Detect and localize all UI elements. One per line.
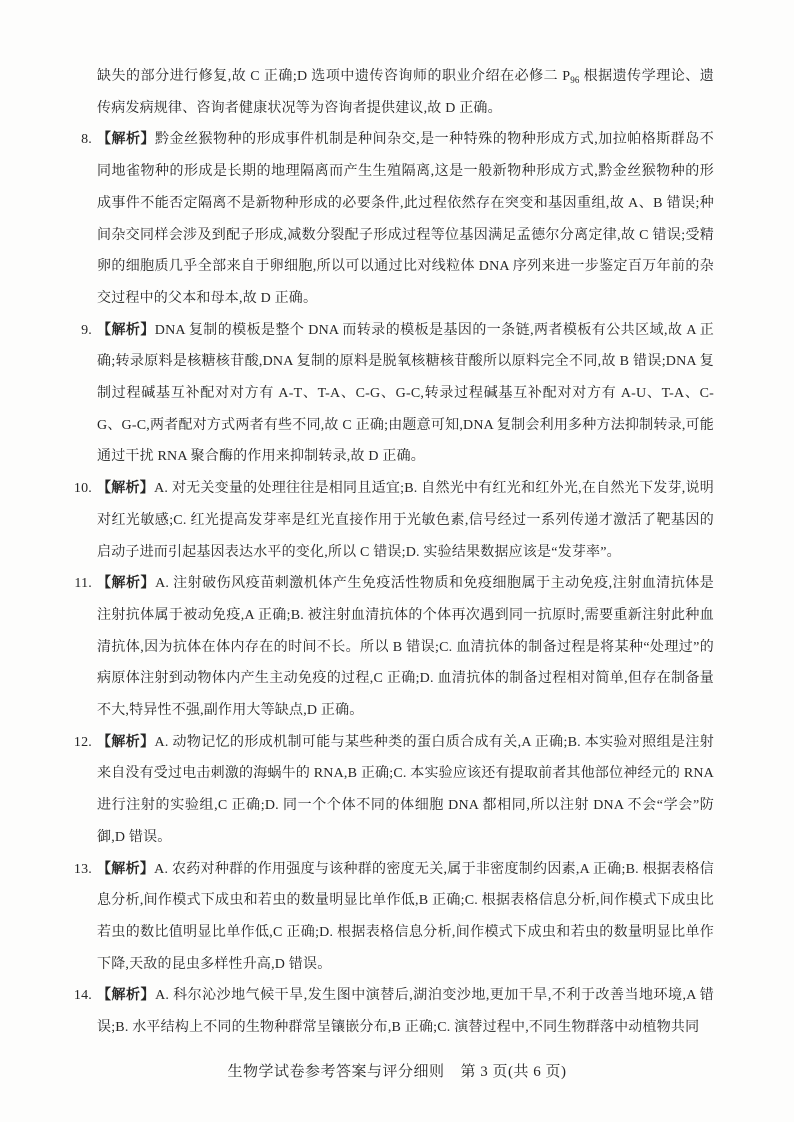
explanation-item-13: 13. 【解析】A. 农药对种群的作用强度与该种群的密度无关,属于非密度制约因素… [97, 854, 714, 981]
item-number: 11. [0, 568, 92, 600]
item-paragraph: 【解析】DNA 复制的模板是整个 DNA 而转录的模板是基因的一条链,两者模板有… [97, 315, 714, 474]
item-number: 9. [0, 315, 92, 347]
item-paragraph: 【解析】黔金丝猴物种的形成事件机制是种间杂交,是一种特殊的物种形成方式,加拉帕格… [97, 124, 714, 314]
item-paragraph: 【解析】A. 对无关变量的处理往往是相同且适宜;B. 自然光中有红光和红外光,在… [97, 473, 714, 568]
item-number: 12. [0, 727, 92, 759]
item-paragraph: 【解析】A. 科尔沁沙地气候干旱,发生图中演替后,湖泊变沙地,更加干旱,不利于改… [97, 980, 714, 1043]
explanation-item-11: 11. 【解析】A. 注射破伤风疫苗刺激机体产生免疫活性物质和免疫细胞属于主动免… [97, 568, 714, 727]
item-text: A. 动物记忆的形成机制可能与某些种类的蛋白质合成有关,A 正确;B. 本实验对… [97, 735, 714, 845]
document-page: 缺失的部分进行修复,故 C 正确;D 选项中遗传咨询师的职业介绍在必修二 P96… [0, 0, 794, 1122]
continuation-text-part1: 缺失的部分进行修复,故 C 正确;D 选项中遗传咨询师的职业介绍在必修二 P [97, 69, 570, 84]
item-paragraph: 【解析】A. 动物记忆的形成机制可能与某些种类的蛋白质合成有关,A 正确;B. … [97, 727, 714, 854]
item-paragraph: 【解析】A. 注射破伤风疫苗刺激机体产生免疫活性物质和免疫细胞属于主动免疫,注射… [97, 568, 714, 727]
analysis-label: 【解析】 [97, 132, 155, 147]
explanation-item-10: 10. 【解析】A. 对无关变量的处理往往是相同且适宜;B. 自然光中有红光和红… [97, 473, 714, 568]
explanation-item-14: 14. 【解析】A. 科尔沁沙地气候干旱,发生图中演替后,湖泊变沙地,更加干旱,… [97, 980, 714, 1043]
item-text: A. 对无关变量的处理往往是相同且适宜;B. 自然光中有红光和红外光,在自然光下… [97, 481, 714, 559]
explanation-item-8: 8. 【解析】黔金丝猴物种的形成事件机制是种间杂交,是一种特殊的物种形成方式,加… [97, 124, 714, 314]
item-number: 10. [0, 473, 92, 505]
analysis-label: 【解析】 [97, 481, 154, 496]
item-paragraph: 【解析】A. 农药对种群的作用强度与该种群的密度无关,属于非密度制约因素,A 正… [97, 854, 714, 981]
item-number: 8. [0, 124, 92, 156]
footer-page-number: 第 3 页(共 6 页) [461, 1064, 567, 1080]
item-text: A. 农药对种群的作用强度与该种群的密度无关,属于非密度制约因素,A 正确;B.… [97, 862, 714, 972]
item-text: A. 科尔沁沙地气候干旱,发生图中演替后,湖泊变沙地,更加干旱,不利于改善当地环… [97, 988, 714, 1035]
item-text: DNA 复制的模板是整个 DNA 而转录的模板是基因的一条链,两者模板有公共区域… [97, 323, 714, 465]
footer-title: 生物学试卷参考答案与评分细则 [227, 1064, 444, 1080]
explanation-item-9: 9. 【解析】DNA 复制的模板是整个 DNA 而转录的模板是基因的一条链,两者… [97, 315, 714, 474]
item-text: 黔金丝猴物种的形成事件机制是种间杂交,是一种特殊的物种形成方式,加拉帕格斯群岛不… [97, 132, 714, 306]
analysis-label: 【解析】 [97, 323, 155, 338]
item-text: A. 注射破伤风疫苗刺激机体产生免疫活性物质和免疫细胞属于主动免疫,注射血清抗体… [97, 576, 714, 718]
item-number: 14. [0, 980, 92, 1012]
item-7-continuation-paragraph: 缺失的部分进行修复,故 C 正确;D 选项中遗传咨询师的职业介绍在必修二 P96… [97, 61, 714, 124]
analysis-label: 【解析】 [97, 735, 155, 750]
item-number: 13. [0, 854, 92, 886]
analysis-label: 【解析】 [97, 576, 155, 591]
answer-explanations: 缺失的部分进行修复,故 C 正确;D 选项中遗传咨询师的职业介绍在必修二 P96… [97, 61, 714, 1044]
page-footer: 生物学试卷参考答案与评分细则第 3 页(共 6 页) [0, 1060, 794, 1081]
page-ref-subscript: 96 [570, 75, 579, 85]
analysis-label: 【解析】 [97, 862, 154, 877]
explanation-item-12: 12. 【解析】A. 动物记忆的形成机制可能与某些种类的蛋白质合成有关,A 正确… [97, 727, 714, 854]
analysis-label: 【解析】 [97, 988, 155, 1003]
